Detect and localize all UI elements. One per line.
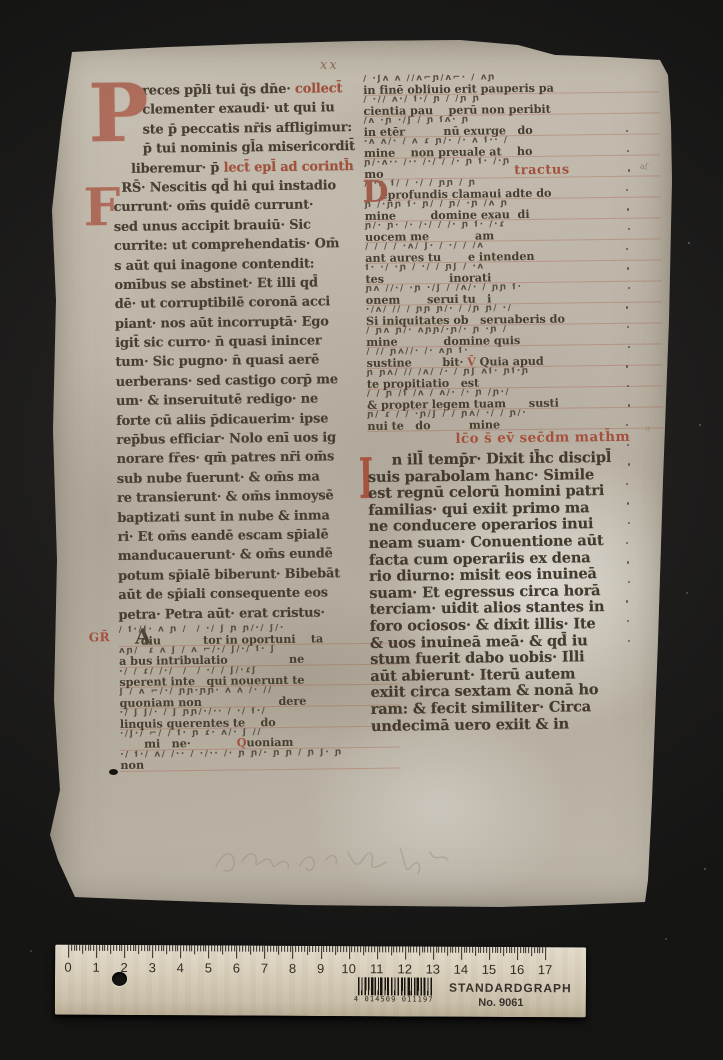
ruler-tick [245,946,246,952]
ruler-tick [236,946,237,959]
ruler-tick [186,945,187,951]
ruler-tick [528,947,529,953]
ruler-tick [332,946,333,952]
ruler-tick [531,947,532,956]
line-text: rep̄bus efficiar· Nolo enī uos ig [116,430,336,448]
ruler-tick [130,945,131,951]
ruler-tick [175,945,176,951]
ruler-number: 4 [171,960,189,975]
ruler-tick [542,947,543,953]
ruler-tick [262,946,263,952]
ruler-tick [503,947,504,956]
ruler-tick [368,946,369,952]
ruler-tick [192,945,193,951]
ruler-tick [444,947,445,953]
ruler-tick [124,945,125,958]
ruler-tick [239,946,240,952]
line-text: aūt de sp̄iali consequente eos [118,586,328,604]
ruler-tick [147,945,148,951]
ruler-tick [326,946,327,952]
ruler-tick [279,946,280,955]
ruler-tick [520,947,521,953]
ruler-tick [408,946,409,952]
ruler-tick [183,945,184,951]
ruler-tick [91,945,92,951]
ruler-tick [68,945,69,958]
ruler-tick [172,945,173,951]
ruler-tick [357,946,358,952]
rubric-text: lect̄ epl̄ ad corinth̄ [223,159,353,176]
line-text: re transierunt· & om̄s inmoysē [117,489,334,507]
line-text: piant· nos aūt incorruptā· Ego [115,314,329,332]
ruler-tick [99,945,100,951]
ruler-tick [489,947,490,960]
ruler-tick [439,947,440,953]
left-column: P F reces pp̄li tui q̄s dn̄e· collect̄cl… [112,79,399,625]
ruler-tick [281,946,282,952]
ruler-tick [222,945,223,954]
chant-syllables: non [120,758,144,772]
ruler-ticks [55,945,586,948]
ruler-hole [112,972,127,986]
line-text: potum sp̄ialē biberunt· Bibebāt [118,566,340,584]
left-prose-block: reces pp̄li tui q̄s dn̄e· collect̄clemen… [112,79,399,625]
ruler-tick [321,946,322,959]
ruler-tick [121,945,122,951]
line-text: reces pp̄li tui q̄s dn̄e· [142,82,295,99]
ruler-tick [430,947,431,953]
pencil-inscription [208,822,478,892]
ruler-tick [200,945,201,951]
dust-specks [0,0,2,2]
barcode-bars [358,977,432,995]
ruler-tick [107,945,108,951]
ruler-tick [483,947,484,953]
ruler-tick [511,947,512,953]
ruler-tick [338,946,339,952]
ruler-tick [500,947,501,953]
ruler-tick [453,947,454,953]
line-text: clementer exaudi· ut qui iu [142,101,334,118]
ruler-tick [110,945,111,954]
ruler-tick [150,945,151,951]
ruler-tick [312,946,313,952]
ruler-tick [217,945,218,951]
ruler-tick [523,947,524,953]
ruler-number: 6 [227,961,245,976]
ruler-tick [301,946,302,952]
ruler-number: 14 [452,962,470,977]
ruler-number: 3 [143,960,161,975]
ruler-tick [136,945,137,951]
ruler-tick [318,946,319,952]
manuscript-page: xx P F reces pp̄li tui q̄s dn̄e· collect… [48,36,676,911]
ruler-tick [231,946,232,952]
line-text: ri· Et om̄s eandē escam sp̄ialē [117,527,328,545]
line-text: omībus se abstinet· Et illi qd̄ [114,275,317,292]
ruler-tick [155,945,156,951]
ruler-tick [295,946,296,952]
gradual-rubric: GR̄ [89,630,110,644]
ruler-tick [194,945,195,954]
ruler-tick [377,946,378,959]
ruler-tick [161,945,162,951]
ruler-tick [323,946,324,952]
ruler-tick [248,946,249,952]
line-text: s aūt qui inagone contendit: [114,256,314,273]
line-text: ste p̄ peccatis nr̄is affligimur: [142,120,352,138]
ruler-tick [514,947,515,953]
ruler-tick [416,947,417,953]
ruler-tick [158,945,159,951]
ruler-tick [74,945,75,951]
ruler-tick [382,946,383,952]
ruler-tick [79,945,80,951]
line-text: baptizati sunt in nube & inma [117,508,329,526]
ruler: 01234567891011121314151617 4 014509 0111… [55,945,586,1018]
line-text: currite: ut comprehendatis· Om̄ [114,236,339,254]
ruler-tick [119,945,120,951]
ruler-tick [82,945,83,954]
wormhole [109,769,118,775]
line-text: um· & inseruitutē redigo· ne [116,392,318,409]
ruler-tick [545,947,546,960]
initial-D: D [362,178,388,208]
line-text: igit̄ sic curro· n̄ quasi inincer [115,334,321,352]
ruler-tick [391,946,392,955]
line-text: RS̄· Nescitis qd̄ hi qui instadio [121,178,336,196]
ruler-tick [220,945,221,951]
chant-syllables: Quia apud [480,353,544,368]
initial-F: F [83,182,121,234]
ruler-tick [96,945,97,958]
ruler-tick [354,946,355,952]
right-chant-block: ∕ ·ʃʌ ʌ ∕∕ʌ⌐ɲ∕ʌ⌐· ∕ ʌɲin finē obliuio er… [363,71,663,432]
ruler-tick [251,946,252,955]
ruler-number: 17 [536,962,554,977]
ruler-tick [116,945,117,951]
ruler-tick [402,946,403,952]
line-text: currunt· om̄s quidē currunt· [113,198,313,215]
ruler-tick [208,945,209,958]
ruler-tick [133,945,134,951]
ruler-tick [346,946,347,952]
ruler-tick [329,946,330,952]
ruler-tick [464,947,465,953]
ruler-model: No. 9061 [449,997,553,1010]
ruler-tick [242,946,243,952]
ruler-tick [399,946,400,952]
ruler-tick [287,946,288,952]
ruler-tick [349,946,350,959]
ruler-tick [427,947,428,953]
line-text: norare fr̄es· qm̄ patres nr̄i om̄s [117,450,335,468]
ruler-number: 10 [340,961,358,976]
barcode: 4 014509 011197 [354,977,436,1005]
left-chant-block: ∕ ſ·∕ʃ· ʌ ɲ ∕ ∕ ·∕ ʃ ɲ ɲ∕·∕ ʃ∕·diu tor i… [119,623,401,772]
ruler-number: 9 [312,961,330,976]
ruler-number: 15 [480,962,498,977]
ruler-tick [374,946,375,952]
ruler-tick [469,947,470,953]
rubric-text: collect̄ [295,81,342,97]
ruler-tick [225,946,226,952]
ruler-tick [394,946,395,952]
ruler-tick [540,947,541,953]
ruler-tick [461,947,462,960]
line-text: tum· Sic pugno· n̄ quasi aerē [115,353,319,370]
ruler-tick [458,947,459,953]
right-column: ∕ ·ʃʌ ʌ ∕∕ʌ⌐ɲ∕ʌ⌐· ∕ ʌɲin finē obliuio er… [363,71,659,75]
line-text: sub nube fuerunt· & om̄s ma [117,469,320,486]
ruler-tick [178,945,179,951]
ruler-tick [486,947,487,953]
ruler-tick [298,946,299,952]
ruler-number: 16 [508,962,526,977]
ruler-tick [472,947,473,953]
barcode-digits: 4 014509 011197 [354,995,434,1003]
ruler-number: 11 [368,961,386,976]
line-text: liberemur· p̄ [131,160,224,176]
ruler-number: 0 [59,960,77,975]
ruler-number: 1 [87,960,105,975]
ruler-number: 13 [424,962,442,977]
chant-rubric: V̄ [467,354,480,368]
ruler-tick [88,945,89,951]
ruler-tick [203,945,204,951]
ruler-tick [113,945,114,951]
ruler-tick [105,945,106,951]
line-text: dē· ut corruptibilē coronā acci [115,295,331,313]
ruler-tick [388,946,389,952]
ruler-brand: STANDARDGRAPH [449,981,572,996]
line-text: forte cū aliis p̄dicauerim· ipse [116,411,328,429]
ruler-tick [93,945,94,951]
text-line: petra· Petra aūt· erat cristus· [118,602,398,625]
ruler-tick [276,946,277,952]
tractus-heading: tractus [514,162,570,178]
ruler-tick [293,946,294,959]
marginal-note: ıı [645,424,650,433]
ruler-tick [352,946,353,952]
ruler-tick [169,945,170,951]
ruler-tick [85,945,86,951]
line-text: petra· Petra aūt· erat cristus· [118,605,324,623]
ruler-tick [256,946,257,952]
chant-line: ·∕ ſ·∕ ʌ∕ ∕·· ∕ ·∕·· ∕· ɲ ɲ∕· ɲ ɲ ∕ ɲ ʃ·… [120,747,400,771]
ruler-tick [138,945,139,954]
ruler-tick [270,946,271,952]
ruler-number: 7 [255,961,273,976]
ruler-tick [455,947,456,953]
ruler-tick [360,946,361,952]
line-text: undecimā uero exiit & in [371,715,569,734]
ruler-number: 12 [396,961,414,976]
ruler-tick [396,946,397,952]
ruler-tick [267,946,268,952]
ruler-tick [127,945,128,951]
ruler-tick [253,946,254,952]
ruler-tick [180,945,181,958]
line-text: manducauerunt· & om̄s eundē [118,547,333,565]
ruler-tick [495,947,496,953]
ruler-tick [189,945,190,951]
ruler-tick [441,947,442,953]
ruler-tick [304,946,305,952]
ruler-tick [343,946,344,952]
ruler-tick [433,947,434,960]
ruler-tick [309,946,310,952]
ruler-tick [405,946,406,959]
ruler-tick [506,947,507,953]
ruler-tick [315,946,316,952]
ruler-tick [141,945,142,951]
gospel-heading: lc̄o s̄ ev̄ sec̄dm math̄m [367,428,663,448]
ruler-tick [371,946,372,952]
line-text: sed unus accipit brauiū· Sic [114,217,311,234]
initial-P: P [88,73,149,154]
ruler-tick [234,946,235,952]
ruler-tick [340,946,341,952]
ruler-tick [197,945,198,951]
ruler-tick [534,947,535,953]
ruler-tick [467,947,468,953]
ruler-tick [144,945,145,951]
ruler-tick [422,947,423,953]
ruler-tick [77,945,78,951]
marginal-note: aſ [639,162,648,172]
ruler-tick [419,947,420,956]
ruler-tick [71,945,72,951]
ruler-tick [211,945,212,951]
ruler-tick [425,947,426,953]
ruler-tick [380,946,381,952]
ruler-tick [290,946,291,952]
ruler-tick [166,945,167,954]
ruler-tick [273,946,274,952]
ruler-tick [497,947,498,953]
photo-scene: xx P F reces pp̄li tui q̄s dn̄e· collect… [0,0,723,1060]
ruler-number: 5 [199,960,217,975]
line-text: uerberans· sed castigo corp̄ me [116,372,338,390]
folio-number: xx [320,58,339,73]
ruler-tick [537,947,538,953]
ruler-tick [517,947,518,960]
ruler-tick [526,947,527,953]
gospel-block: n ill̄ temp̄r· Dixit ih̄c discipl̄suis p… [368,449,667,735]
ruler-tick [509,947,510,953]
ruler-tick [436,947,437,953]
ruler-tick [492,947,493,953]
chant-rubric: Q [237,736,247,750]
ruler-tick [102,945,103,951]
ruler-tick [385,946,386,952]
ruler-number: 8 [283,961,301,976]
ruler-tick [410,946,411,952]
ruler-tick [214,945,215,951]
ruler-tick [206,945,207,951]
ruler-tick [481,947,482,953]
line-text: p̄ tui nominis gl̄a misericordit̄ [143,139,355,157]
ruler-tick [478,947,479,953]
ruler-tick [413,946,414,952]
ruler-tick [450,947,451,953]
text-line: undecimā uero exiit & in [371,715,667,735]
ruler-tick [164,945,165,951]
ruler-tick [284,946,285,952]
ruler-tick [152,945,153,958]
ruler-tick [307,946,308,955]
ruler-tick [447,947,448,956]
ruler-tick [363,946,364,955]
ruler-tick [265,946,266,959]
ruler-tick [335,946,336,955]
ruler-tick [228,946,229,952]
ruler-tick [366,946,367,952]
ruler-tick [475,947,476,956]
ruler-tick [259,946,260,952]
